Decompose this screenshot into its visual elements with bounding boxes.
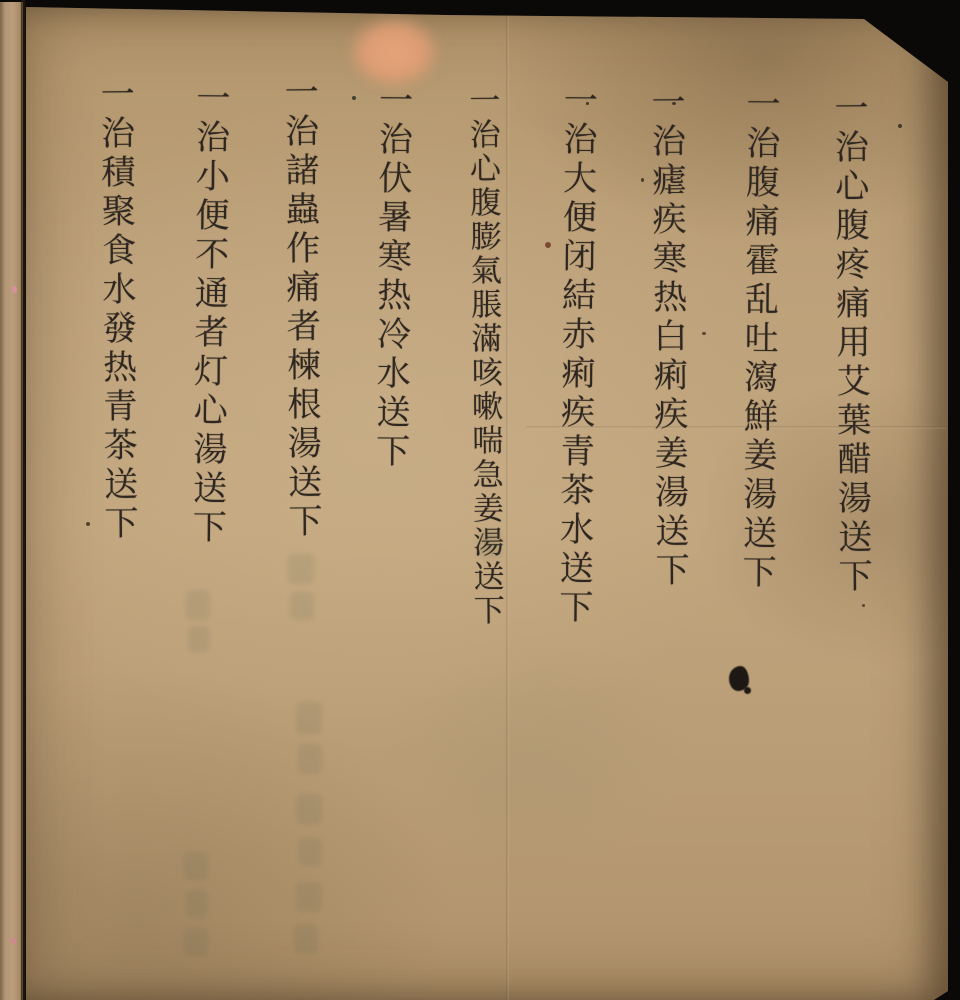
bleed-through-mark <box>290 592 314 620</box>
paper-speck <box>702 332 706 335</box>
text-column: 一治心腹疼痛用艾葉醋湯送下 <box>828 90 873 597</box>
ink-blot <box>744 687 751 694</box>
manuscript-page: 一治心腹疼痛用艾葉醋湯送下 一治腹痛霍乱吐瀉鮮姜湯送下 一治瘧疾寒热白痢疾姜湯送… <box>26 6 948 1000</box>
binding-gutter <box>21 0 26 1000</box>
text-column: 一治小便不通者灯心湯送下 <box>186 80 230 548</box>
text-column: 一治腹痛霍乱吐瀉鮮姜湯送下 <box>736 86 781 593</box>
bleed-through-mark <box>184 852 208 880</box>
previous-page-edge <box>0 2 23 1000</box>
orange-stain <box>346 14 442 90</box>
stitch-dot <box>12 286 17 293</box>
bleed-through-mark <box>478 530 502 558</box>
paper-speck <box>86 522 90 526</box>
paper-speck <box>672 102 676 105</box>
text-column: 一治積聚食水發热青茶送下 <box>94 76 138 544</box>
paper-speck <box>545 242 551 248</box>
bleed-through-mark <box>296 882 322 912</box>
bleed-through-mark <box>188 626 210 652</box>
manuscript-photo: 一治心腹疼痛用艾葉醋湯送下 一治腹痛霍乱吐瀉鮮姜湯送下 一治瘧疾寒热白痢疾姜湯送… <box>0 0 960 1000</box>
bleed-through-mark <box>288 554 314 584</box>
bleed-through-mark <box>184 928 208 956</box>
bleed-through-mark <box>186 590 210 620</box>
bleed-through-mark <box>298 838 322 866</box>
text-column: 一治諸蟲作痛者楝根湯送下 <box>278 74 322 542</box>
paper-speck <box>862 604 865 607</box>
paper-speck <box>641 178 644 182</box>
paper-speck <box>352 96 356 100</box>
paper-speck <box>898 124 902 128</box>
paper-speck <box>838 296 842 301</box>
bleed-through-mark <box>296 794 322 824</box>
bleed-through-mark <box>298 744 322 774</box>
bleed-through-mark <box>186 890 208 918</box>
stitch-dot <box>11 938 16 944</box>
text-column: 一治伏暑寒热冷水送下 <box>369 82 413 472</box>
bleed-through-mark <box>294 924 318 954</box>
bleed-through-mark <box>296 702 322 734</box>
page-crease <box>506 6 509 1000</box>
text-column: 一治瘧疾寒热白痢疾姜湯送下 <box>645 84 690 591</box>
text-column: 一治大便闭結赤痢疾青茶水送下 <box>553 82 598 628</box>
paper-speck <box>586 102 589 105</box>
